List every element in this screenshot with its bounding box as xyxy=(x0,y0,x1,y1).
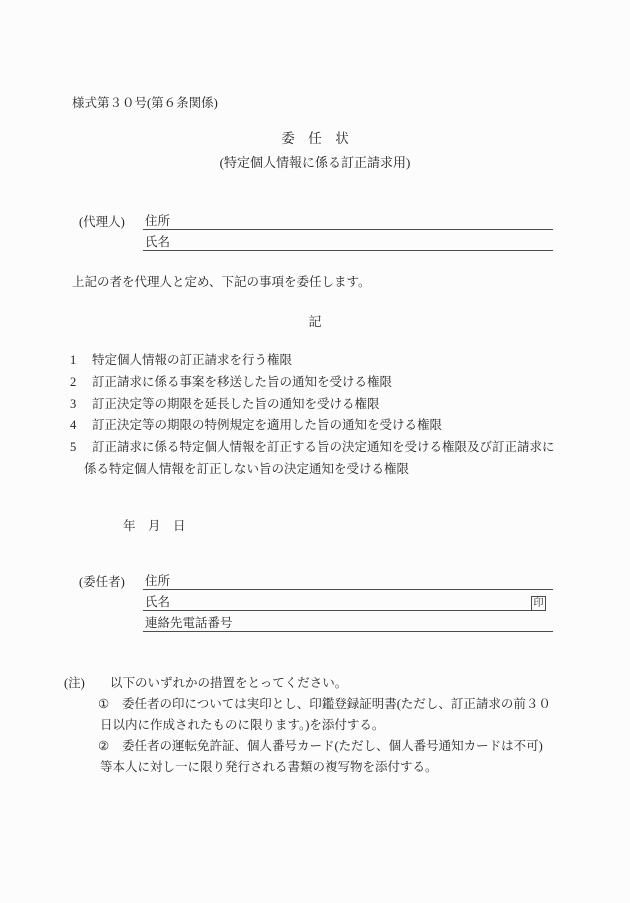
list-heading: 記 xyxy=(0,314,630,330)
item-number: 3 xyxy=(70,396,92,412)
item-text: 訂正請求に係る事案を移送した旨の通知を受ける権限 xyxy=(92,375,392,389)
item-text: 訂正請求に係る特定個人情報を訂正する旨の決定通知を受ける権限及び訂正請求に xyxy=(92,440,555,454)
principal-phone-label: 連絡先電話番号 xyxy=(145,616,233,631)
item-number: 5 xyxy=(70,439,92,455)
note-item-1-number: ① xyxy=(98,696,109,712)
principal-phone-field[interactable]: 連絡先電話番号 xyxy=(143,614,553,632)
principal-name-label: 氏名 xyxy=(145,595,170,610)
principal-section-label: (委任者) xyxy=(79,574,125,590)
item-text: 特定個人情報の訂正請求を行う権限 xyxy=(92,353,292,367)
principal-name-field[interactable]: 氏名 xyxy=(143,593,531,611)
document-title: 委 任 状 xyxy=(0,131,630,147)
agent-name-label: 氏名 xyxy=(145,235,170,250)
date-line: 年 月 日 xyxy=(123,518,186,534)
document-subtitle: (特定個人情報に係る訂正請求用) xyxy=(0,155,630,171)
note-item-2-number: ② xyxy=(98,738,109,754)
item-number: 4 xyxy=(70,417,92,433)
power-of-attorney-document: 様式第３０号(第６条関係) 委 任 状 (特定個人情報に係る訂正請求用) (代理… xyxy=(0,0,630,903)
note-item-2-line1: 委任者の運転免許証、個人番号カード(ただし、個人番号通知カードは不可) xyxy=(122,738,543,754)
note-item-1-line1: 委任者の印については実印とし、印鑑登録証明書(ただし、訂正請求の前３０ xyxy=(122,696,551,712)
principal-address-label: 住所 xyxy=(145,574,170,589)
principal-address-field[interactable]: 住所 xyxy=(143,572,553,590)
note-label: (注) xyxy=(64,675,85,691)
agent-address-field[interactable]: 住所 xyxy=(143,212,553,230)
delegation-statement: 上記の者を代理人と定め、下記の事項を委任します。 xyxy=(72,274,371,290)
item-number: 2 xyxy=(70,374,92,390)
item-text: 訂正決定等の期限の特例規定を適用した旨の通知を受ける権限 xyxy=(92,418,442,432)
delegated-item-2: 2訂正請求に係る事案を移送した旨の通知を受ける権限 xyxy=(70,374,392,390)
item-text: 訂正決定等の期限を延長した旨の通知を受ける権限 xyxy=(92,397,380,411)
agent-section-label: (代理人) xyxy=(79,214,125,230)
note-item-2-line2: 等本人に対し一に限り発行される書類の複写物を添付する。 xyxy=(100,759,438,775)
delegated-item-5-continuation: 係る特定個人情報を訂正しない旨の決定通知を受ける権限 xyxy=(84,461,409,477)
agent-name-field[interactable]: 氏名 xyxy=(143,233,553,251)
seal-label: 印 xyxy=(534,598,544,609)
seal-box[interactable]: 印 xyxy=(531,596,546,611)
delegated-item-5: 5訂正請求に係る特定個人情報を訂正する旨の決定通知を受ける権限及び訂正請求に xyxy=(70,439,555,455)
delegated-item-4: 4訂正決定等の期限の特例規定を適用した旨の通知を受ける権限 xyxy=(70,417,442,433)
agent-address-label: 住所 xyxy=(145,214,170,229)
delegated-item-1: 1特定個人情報の訂正請求を行う権限 xyxy=(70,352,292,368)
item-number: 1 xyxy=(70,352,92,368)
note-item-1-line2: 日以内に作成されたものに限ります。)を添付する。 xyxy=(100,717,384,733)
form-number: 様式第３０号(第６条関係) xyxy=(72,95,218,111)
delegated-item-3: 3訂正決定等の期限を延長した旨の通知を受ける権限 xyxy=(70,396,380,412)
note-intro: 以下のいずれかの措置をとってください。 xyxy=(110,675,347,691)
